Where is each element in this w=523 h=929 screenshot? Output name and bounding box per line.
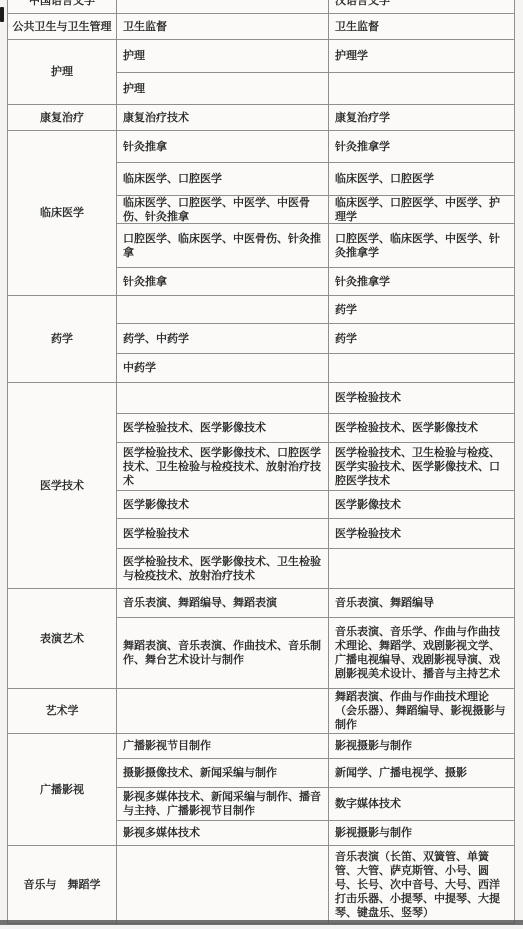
cell-text: 临床医学、口腔医学 — [123, 172, 222, 186]
cell-text: 针灸推拿学 — [335, 275, 390, 289]
table-row: 针灸推拿 针灸推拿学 — [117, 131, 514, 162]
source-majors-cell: 医学检验技术 — [117, 519, 329, 548]
source-majors-cell: 音乐表演、舞蹈编导、舞蹈表演 — [117, 589, 329, 617]
cell-text: 针灸推拿 — [123, 275, 167, 289]
target-majors-cell: 影视摄影与制作 — [329, 821, 514, 845]
table-section: 公共卫生与卫生管理 卫生监督 卫生监督 — [8, 13, 514, 39]
table-section: 康复治疗 康复治疗技术 康复治疗学 — [8, 104, 514, 130]
table-row: 医学检验技术 医学检验技术 — [117, 518, 514, 548]
cell-text: 医学检验技术 — [123, 527, 189, 541]
table-row: 摄影摄像技术、新闻采编与制作 新闻学、广播电视学、摄影 — [117, 758, 514, 787]
cell-text: 影视多媒体技术 — [123, 826, 200, 840]
table-section: 临床医学 针灸推拿 针灸推拿学 临床医学、口腔医学 临床医学、口腔医学 临床医学… — [8, 130, 514, 295]
cell-text: 护理 — [123, 82, 145, 96]
table-row: 临床医学、口腔医学、中医学、中医骨伤、针灸推拿 临床医学、口腔医学、中医学、护理… — [117, 195, 514, 223]
source-majors-cell: 临床医学、口腔医学 — [117, 163, 329, 195]
cell-text: 中药学 — [123, 361, 156, 375]
category-label: 康复治疗 — [40, 111, 84, 125]
cell-text: 影视摄影与制作 — [335, 739, 412, 753]
table-row: 康复治疗技术 康复治疗学 — [117, 105, 514, 130]
source-majors-cell — [117, 689, 329, 733]
section-rows: 广播影视节目制作 影视摄影与制作 摄影摄像技术、新闻采编与制作 新闻学、广播电视… — [117, 734, 514, 845]
category-label: 音乐与 舞蹈学 — [24, 878, 101, 892]
cell-text: 音乐表演、舞蹈编导、舞蹈表演 — [123, 596, 277, 610]
cell-text: 护理 — [123, 49, 145, 63]
table-row: 卫生监督 卫生监督 — [117, 14, 514, 39]
target-majors-cell: 临床医学、口腔医学、中医学、护理学 — [329, 196, 514, 223]
source-majors-cell: 医学检验技术、医学影像技术、口腔医学技术、卫生检验与检疫技术、放射治疗技术 — [117, 443, 329, 490]
source-majors-cell: 中药学 — [117, 354, 329, 382]
target-majors-cell: 临床医学、口腔医学 — [329, 163, 514, 195]
table-row: 音乐表演（长笛、双簧管、单簧管、大管、萨克斯管、小号、圆号、长号、次中音号、大号… — [117, 846, 514, 923]
target-majors-cell: 医学检验技术 — [329, 519, 514, 548]
table-row: 舞蹈表演、作曲与作曲技术理论（会乐器）、舞蹈编导、影视摄影与制作 — [117, 689, 514, 733]
source-majors-cell: 医学影像技术 — [117, 491, 329, 518]
table-row: 医学检验技术 — [117, 383, 514, 413]
source-majors-cell: 护理 — [117, 73, 329, 104]
target-majors-cell: 新闻学、广播电视学、摄影 — [329, 759, 514, 787]
target-majors-cell: 药学 — [329, 324, 514, 353]
cell-text: 医学检验技术、卫生检验与检疫、医学实验技术、医学影像技术、口腔医学技术 — [335, 446, 508, 488]
cell-text: 汉语言文学 — [335, 0, 390, 8]
table-row: 药学 — [117, 296, 514, 323]
target-majors-cell: 护理学 — [329, 40, 514, 72]
cell-text: 音乐表演（长笛、双簧管、单簧管、大管、萨克斯管、小号、圆号、长号、次中音号、大号… — [335, 850, 508, 920]
category-cell: 公共卫生与卫生管理 — [8, 14, 117, 39]
table-row: 中药学 — [117, 353, 514, 382]
major-mapping-table: 中国语言文学 汉语言文学 公共卫生与卫生管理 卫生监督 — [7, 0, 515, 924]
source-majors-cell: 针灸推拿 — [117, 131, 329, 162]
category-cell: 中国语言文学 — [8, 0, 117, 13]
category-cell: 艺术学 — [8, 689, 117, 733]
section-rows: 舞蹈表演、作曲与作曲技术理论（会乐器）、舞蹈编导、影视摄影与制作 — [117, 689, 514, 733]
category-label: 药学 — [51, 332, 73, 346]
table-row: 药学、中药学 药学 — [117, 323, 514, 353]
cell-text: 医学检验技术、医学影像技术、口腔医学技术、卫生检验与检疫技术、放射治疗技术 — [123, 446, 322, 488]
category-label: 护理 — [51, 65, 73, 79]
target-majors-cell: 医学影像技术 — [329, 491, 514, 518]
cell-text: 临床医学、口腔医学、中医学、护理学 — [335, 196, 508, 224]
source-majors-cell: 临床医学、口腔医学、中医学、中医骨伤、针灸推拿 — [117, 196, 329, 223]
table-section: 艺术学 舞蹈表演、作曲与作曲技术理论（会乐器）、舞蹈编导、影视摄影与制作 — [8, 688, 514, 733]
target-majors-cell — [329, 549, 514, 588]
cell-text: 医学检验技术 — [335, 527, 401, 541]
cell-text: 医学影像技术 — [335, 498, 401, 512]
table-row: 口腔医学、临床医学、中医骨伤、针灸推拿 口腔医学、临床医学、中医学、针灸推拿学 — [117, 223, 514, 267]
category-label: 临床医学 — [40, 206, 84, 220]
target-majors-cell: 音乐表演（长笛、双簧管、单簧管、大管、萨克斯管、小号、圆号、长号、次中音号、大号… — [329, 846, 514, 923]
table-body: 公共卫生与卫生管理 卫生监督 卫生监督 护理 护理 护理学 护理 — [8, 13, 514, 923]
source-majors-cell: 广播影视节目制作 — [117, 734, 329, 758]
target-majors-cell: 音乐表演、音乐学、作曲与作曲技术理论、舞蹈学、戏剧影视文学、广播电视编导、戏剧影… — [329, 618, 514, 688]
target-majors-cell: 医学检验技术、医学影像技术 — [329, 414, 514, 442]
source-majors-cell — [117, 0, 329, 13]
target-majors-cell: 舞蹈表演、作曲与作曲技术理论（会乐器）、舞蹈编导、影视摄影与制作 — [329, 689, 514, 733]
target-majors-cell: 针灸推拿学 — [329, 268, 514, 295]
source-majors-cell: 药学、中药学 — [117, 324, 329, 353]
cell-text: 口腔医学、临床医学、中医学、针灸推拿学 — [335, 232, 508, 260]
cell-text: 康复治疗技术 — [123, 111, 189, 125]
cell-text: 药学 — [335, 303, 357, 317]
category-cell: 广播影视 — [8, 734, 117, 845]
category-cell: 护理 — [8, 40, 117, 104]
section-rows: 针灸推拿 针灸推拿学 临床医学、口腔医学 临床医学、口腔医学 临床医学、口腔医学… — [117, 131, 514, 295]
table-row: 汉语言文学 — [117, 0, 514, 13]
category-cell: 药学 — [8, 296, 117, 382]
category-cell: 医学技术 — [8, 383, 117, 588]
table-row: 护理 — [117, 72, 514, 104]
cell-text: 广播影视节目制作 — [123, 739, 211, 753]
category-label: 表演艺术 — [40, 632, 84, 646]
document-page: 中国语言文学 汉语言文学 公共卫生与卫生管理 卫生监督 — [0, 0, 523, 929]
cell-text: 舞蹈表演、音乐表演、作曲技术、音乐制作、舞台艺术设计与制作 — [123, 639, 322, 667]
cell-text: 卫生监督 — [123, 20, 167, 34]
category-label: 艺术学 — [46, 704, 79, 718]
table-row: 临床医学、口腔医学 临床医学、口腔医学 — [117, 162, 514, 195]
source-majors-cell: 摄影摄像技术、新闻采编与制作 — [117, 759, 329, 787]
cell-text: 音乐表演、舞蹈编导 — [335, 596, 434, 610]
source-majors-cell — [117, 383, 329, 413]
source-majors-cell: 针灸推拿 — [117, 268, 329, 295]
table-row-clipped: 中国语言文学 汉语言文学 — [8, 0, 514, 13]
page-edge-shadow — [0, 920, 523, 925]
table-row: 护理 护理学 — [117, 40, 514, 72]
cell-text: 舞蹈表演、作曲与作曲技术理论（会乐器）、舞蹈编导、影视摄影与制作 — [335, 690, 508, 732]
table-row: 医学检验技术、医学影像技术、卫生检验与检疫技术、放射治疗技术 — [117, 548, 514, 588]
section-rows: 卫生监督 卫生监督 — [117, 14, 514, 39]
category-label: 广播影视 — [40, 783, 84, 797]
target-majors-cell: 音乐表演、舞蹈编导 — [329, 589, 514, 617]
category-cell: 康复治疗 — [8, 105, 117, 130]
table-section: 药学 药学 药学、中药学 药学 中药学 — [8, 295, 514, 382]
source-majors-cell: 舞蹈表演、音乐表演、作曲技术、音乐制作、舞台艺术设计与制作 — [117, 618, 329, 688]
category-cell: 音乐与 舞蹈学 — [8, 846, 117, 923]
section-rows: 康复治疗技术 康复治疗学 — [117, 105, 514, 130]
target-majors-cell: 针灸推拿学 — [329, 131, 514, 162]
cell-text: 针灸推拿学 — [335, 140, 390, 154]
target-majors-cell: 数字媒体技术 — [329, 788, 514, 820]
section-rows: 音乐表演（长笛、双簧管、单簧管、大管、萨克斯管、小号、圆号、长号、次中音号、大号… — [117, 846, 514, 923]
source-majors-cell: 卫生监督 — [117, 14, 329, 39]
table-row: 影视多媒体技术、新闻采编与制作、播音与主持、广播影视节目制作 数字媒体技术 — [117, 787, 514, 820]
section-rows: 护理 护理学 护理 — [117, 40, 514, 104]
cell-text: 针灸推拿 — [123, 140, 167, 154]
target-majors-cell — [329, 354, 514, 382]
cell-text: 医学检验技术、医学影像技术、卫生检验与检疫技术、放射治疗技术 — [123, 555, 322, 583]
source-majors-cell: 康复治疗技术 — [117, 105, 329, 130]
target-majors-cell: 卫生监督 — [329, 14, 514, 39]
table-row: 医学检验技术、医学影像技术、口腔医学技术、卫生检验与检疫技术、放射治疗技术 医学… — [117, 442, 514, 490]
category-cell: 表演艺术 — [8, 589, 117, 688]
source-majors-cell: 影视多媒体技术 — [117, 821, 329, 845]
cell-text: 药学 — [335, 332, 357, 346]
photo-artifact-mark — [0, 7, 4, 22]
category-label: 公共卫生与卫生管理 — [13, 20, 112, 34]
source-majors-cell: 护理 — [117, 40, 329, 72]
target-majors-cell: 康复治疗学 — [329, 105, 514, 130]
cell-text: 口腔医学、临床医学、中医骨伤、针灸推拿 — [123, 232, 322, 260]
table-section: 广播影视 广播影视节目制作 影视摄影与制作 摄影摄像技术、新闻采编与制作 新闻学… — [8, 733, 514, 845]
table-section: 音乐与 舞蹈学 音乐表演（长笛、双簧管、单簧管、大管、萨克斯管、小号、圆号、长号… — [8, 845, 514, 923]
section-rows: 医学检验技术 医学检验技术、医学影像技术 医学检验技术、医学影像技术 医学检验技… — [117, 383, 514, 588]
table-section: 表演艺术 音乐表演、舞蹈编导、舞蹈表演 音乐表演、舞蹈编导 舞蹈表演、音乐表演、… — [8, 588, 514, 688]
table-section: 医学技术 医学检验技术 医学检验技术、医学影像技术 医学检验技术、医学影像技术 … — [8, 382, 514, 588]
table-row: 针灸推拿 针灸推拿学 — [117, 267, 514, 295]
cell-text: 音乐表演、音乐学、作曲与作曲技术理论、舞蹈学、戏剧影视文学、广播电视编导、戏剧影… — [335, 625, 508, 681]
target-majors-cell: 医学检验技术、卫生检验与检疫、医学实验技术、医学影像技术、口腔医学技术 — [329, 443, 514, 490]
cell-text: 临床医学、口腔医学、中医学、中医骨伤、针灸推拿 — [123, 196, 322, 224]
section-rows: 音乐表演、舞蹈编导、舞蹈表演 音乐表演、舞蹈编导 舞蹈表演、音乐表演、作曲技术、… — [117, 589, 514, 688]
table-row: 影视多媒体技术 影视摄影与制作 — [117, 820, 514, 845]
table-row: 医学检验技术、医学影像技术 医学检验技术、医学影像技术 — [117, 413, 514, 442]
source-majors-cell — [117, 846, 329, 923]
table-row: 舞蹈表演、音乐表演、作曲技术、音乐制作、舞台艺术设计与制作 音乐表演、音乐学、作… — [117, 617, 514, 688]
cell-text: 影视摄影与制作 — [335, 826, 412, 840]
cell-text: 临床医学、口腔医学 — [335, 172, 434, 186]
cell-text: 医学影像技术 — [123, 498, 189, 512]
category-label: 医学技术 — [40, 479, 84, 493]
cell-text: 摄影摄像技术、新闻采编与制作 — [123, 766, 277, 780]
target-majors-cell: 汉语言文学 — [329, 0, 514, 13]
target-majors-cell: 医学检验技术 — [329, 383, 514, 413]
cell-text: 医学检验技术、医学影像技术 — [123, 421, 266, 435]
target-majors-cell — [329, 73, 514, 104]
cell-text: 药学、中药学 — [123, 332, 189, 346]
source-majors-cell — [117, 296, 329, 323]
cell-text: 新闻学、广播电视学、摄影 — [335, 766, 467, 780]
table-row: 医学影像技术 医学影像技术 — [117, 490, 514, 518]
table-row: 音乐表演、舞蹈编导、舞蹈表演 音乐表演、舞蹈编导 — [117, 589, 514, 617]
target-majors-cell: 口腔医学、临床医学、中医学、针灸推拿学 — [329, 224, 514, 267]
cell-text: 医学检验技术、医学影像技术 — [335, 421, 478, 435]
cell-text: 医学检验技术 — [335, 391, 401, 405]
source-majors-cell: 影视多媒体技术、新闻采编与制作、播音与主持、广播影视节目制作 — [117, 788, 329, 820]
cell-text: 数字媒体技术 — [335, 797, 401, 811]
table-row: 广播影视节目制作 影视摄影与制作 — [117, 734, 514, 758]
cell-text: 卫生监督 — [335, 20, 379, 34]
cell-text: 中国语言文学 — [29, 0, 95, 8]
category-cell: 临床医学 — [8, 131, 117, 295]
target-majors-cell: 影视摄影与制作 — [329, 734, 514, 758]
target-majors-cell: 药学 — [329, 296, 514, 323]
cell-text: 康复治疗学 — [335, 111, 390, 125]
source-majors-cell: 医学检验技术、医学影像技术 — [117, 414, 329, 442]
cell-text: 护理学 — [335, 49, 368, 63]
source-majors-cell: 医学检验技术、医学影像技术、卫生检验与检疫技术、放射治疗技术 — [117, 549, 329, 588]
section-rows: 药学 药学、中药学 药学 中药学 — [117, 296, 514, 382]
source-majors-cell: 口腔医学、临床医学、中医骨伤、针灸推拿 — [117, 224, 329, 267]
cell-text: 影视多媒体技术、新闻采编与制作、播音与主持、广播影视节目制作 — [123, 790, 322, 818]
table-section: 护理 护理 护理学 护理 — [8, 39, 514, 104]
